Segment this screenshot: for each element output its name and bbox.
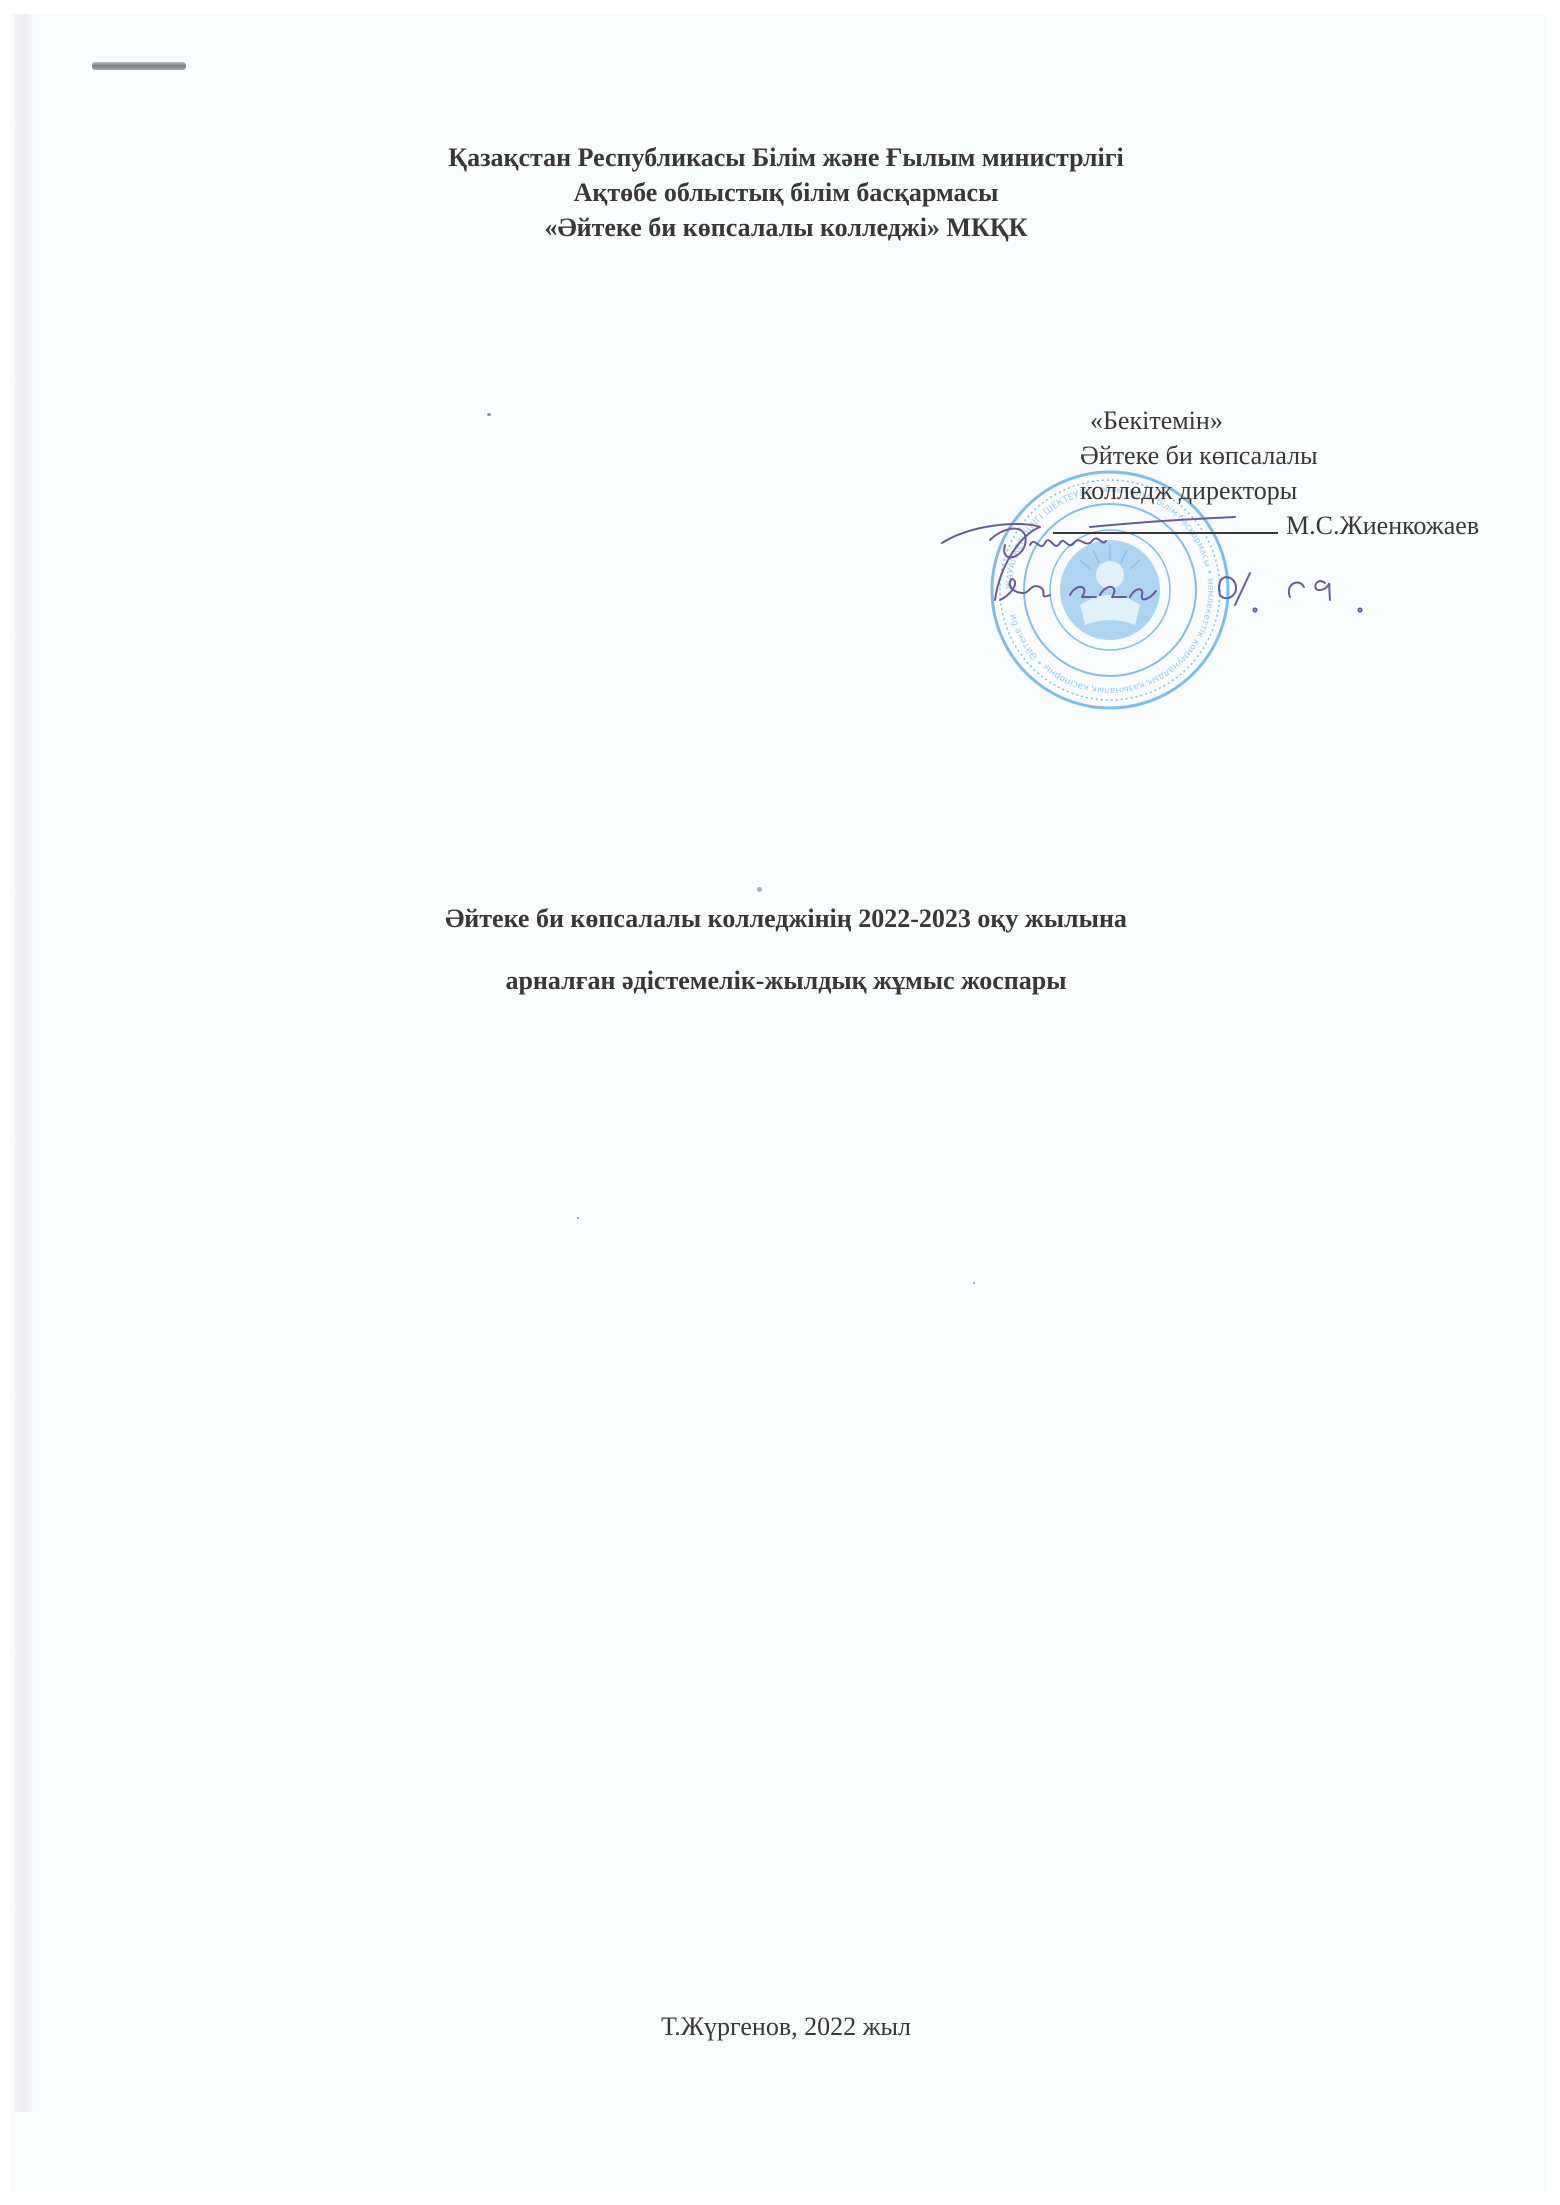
document-header: Қазақстан Республикасы Білім және Ғылым … — [0, 140, 1560, 245]
institution-name: «Әйтеке би көпсалалы колледжі» МКҚК — [12, 210, 1560, 245]
region-department-name: Ақтөбе облыстық білім басқармасы — [12, 175, 1560, 210]
approver-position-line1: Әйтеке би көпсалалы — [1080, 438, 1479, 473]
approval-heading: «Бекітемін» — [1080, 403, 1479, 438]
scan-speck — [973, 1282, 975, 1284]
scan-speck — [577, 1217, 579, 1219]
staple-mark — [92, 62, 186, 70]
document-title-line2: арналған әдістемелік-жылдық жұмыс жоспар… — [0, 966, 1560, 996]
place-and-year: Т.Жүргенов, 2022 жыл — [0, 2012, 1560, 2042]
approver-position-line2: колледж директоры — [1080, 473, 1479, 508]
document-title-line1: Әйтеке би көпсалалы колледжінің 2022-202… — [0, 904, 1560, 934]
handwritten-signature-icon — [930, 505, 1450, 620]
scan-speck — [757, 887, 762, 892]
scan-edge-shadow — [15, 14, 33, 2112]
scanned-page — [10, 14, 1546, 2192]
ministry-name: Қазақстан Республикасы Білім және Ғылым … — [12, 140, 1560, 175]
scan-speck — [487, 413, 491, 416]
